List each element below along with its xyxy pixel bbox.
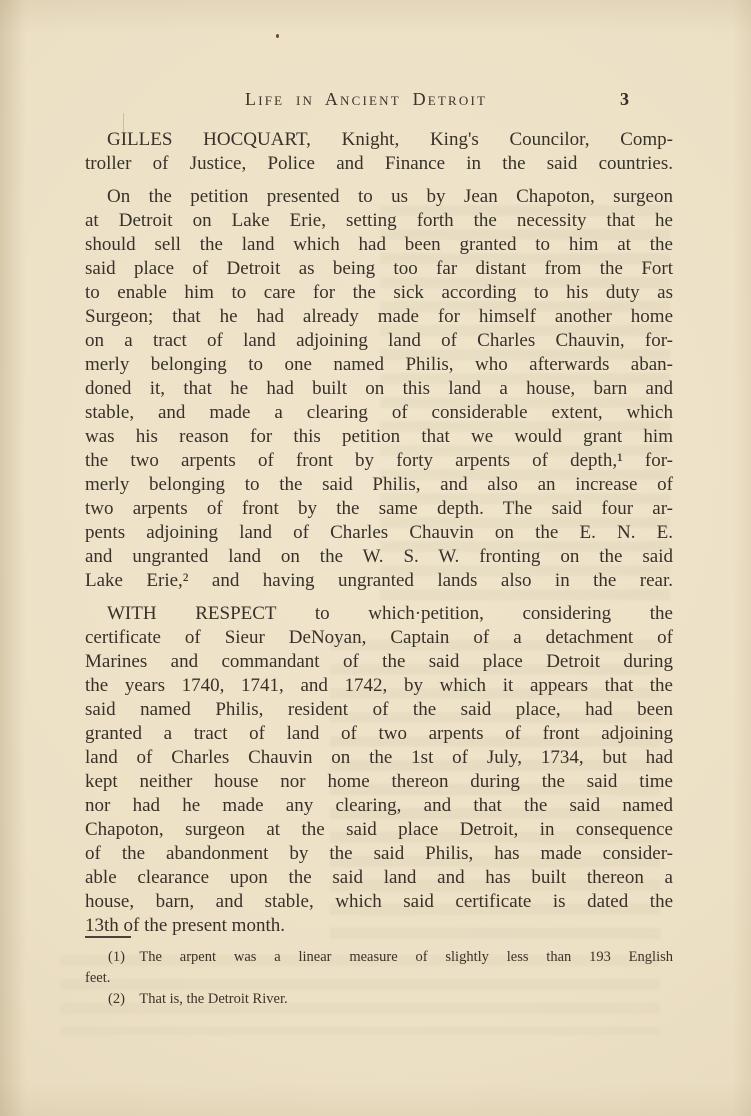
text-line: to enable him to care for the sick accor… bbox=[85, 281, 673, 305]
text-line: WITH RESPECT to which·petition, consider… bbox=[85, 602, 673, 626]
text-line: at Detroit on Lake Erie, setting forth t… bbox=[85, 209, 673, 233]
text-line: (2) That is, the Detroit River. bbox=[85, 989, 673, 1010]
text-line: able clearance upon the said land and ha… bbox=[85, 866, 673, 890]
text-line: granted a tract of land of two arpents o… bbox=[85, 722, 673, 746]
text-line: the years 1740, 1741, and 1742, by which… bbox=[85, 674, 673, 698]
running-head: Life in Ancient Detroit 3 bbox=[85, 89, 673, 115]
text-line: on a tract of land adjoining land of Cha… bbox=[85, 329, 673, 353]
text-line: troller of Justice, Police and Finance i… bbox=[85, 152, 673, 176]
footnote-1: (1) The arpent was a linear measure of s… bbox=[85, 947, 673, 989]
page-number: 3 bbox=[620, 89, 629, 110]
text-line: two arpents of front by the same depth. … bbox=[85, 497, 673, 521]
text-line: should sell the land which had been gran… bbox=[85, 233, 673, 257]
text-line: stable, and made a clearing of considera… bbox=[85, 401, 673, 425]
text-line: the two arpents of front by forty arpent… bbox=[85, 449, 673, 473]
text-line: land of Charles Chauvin on the 1st of Ju… bbox=[85, 746, 673, 770]
text-line: GILLES HOCQUART, Knight, King's Councilo… bbox=[85, 128, 673, 152]
text-line: of the abandonment by the said Philis, h… bbox=[85, 842, 673, 866]
text-line: was his reason for this petition that we… bbox=[85, 425, 673, 449]
text-line: Chapoton, surgeon at the said place Detr… bbox=[85, 818, 673, 842]
text-line: nor had he made any clearing, and that t… bbox=[85, 794, 673, 818]
text-line: doned it, that he had built on this land… bbox=[85, 377, 673, 401]
text-line: kept neither house nor home thereon duri… bbox=[85, 770, 673, 794]
text-line: pents adjoining land of Charles Chauvin … bbox=[85, 521, 673, 545]
text-line: said place of Detroit as being too far d… bbox=[85, 257, 673, 281]
body-text: GILLES HOCQUART, Knight, King's Councilo… bbox=[85, 128, 673, 938]
running-head-title: Life in Ancient Detroit bbox=[245, 89, 487, 110]
footnote-separator bbox=[85, 936, 131, 938]
footnote-block: (1) The arpent was a linear measure of s… bbox=[85, 936, 673, 1010]
text-line: Marines and commandant of the said place… bbox=[85, 650, 673, 674]
text-line: feet. bbox=[85, 968, 673, 989]
text-line: Surgeon; that he had already made for hi… bbox=[85, 305, 673, 329]
book-page: Life in Ancient Detroit 3 GILLES HOCQUAR… bbox=[0, 0, 751, 1116]
text-line: On the petition presented to us by Jean … bbox=[85, 185, 673, 209]
text-line: Lake Erie,² and having ungranted lands a… bbox=[85, 569, 673, 593]
ink-speck bbox=[276, 34, 279, 38]
paragraph-with-respect: WITH RESPECT to which·petition, consider… bbox=[85, 602, 673, 938]
text-line: merly belonging to one named Philis, who… bbox=[85, 353, 673, 377]
paragraph-petition: On the petition presented to us by Jean … bbox=[85, 185, 673, 593]
text-line: (1) The arpent was a linear measure of s… bbox=[85, 947, 673, 968]
text-line: certificate of Sieur DeNoyan, Captain of… bbox=[85, 626, 673, 650]
text-line: said named Philis, resident of the said … bbox=[85, 698, 673, 722]
text-line: merly belonging to the said Philis, and … bbox=[85, 473, 673, 497]
paragraph-decree-heading: GILLES HOCQUART, Knight, King's Councilo… bbox=[85, 128, 673, 176]
text-line: 13th of the present month. bbox=[85, 914, 673, 938]
footnote-2: (2) That is, the Detroit River. bbox=[85, 989, 673, 1010]
text-line: house, barn, and stable, which said cert… bbox=[85, 890, 673, 914]
text-line: and ungranted land on the W. S. W. front… bbox=[85, 545, 673, 569]
